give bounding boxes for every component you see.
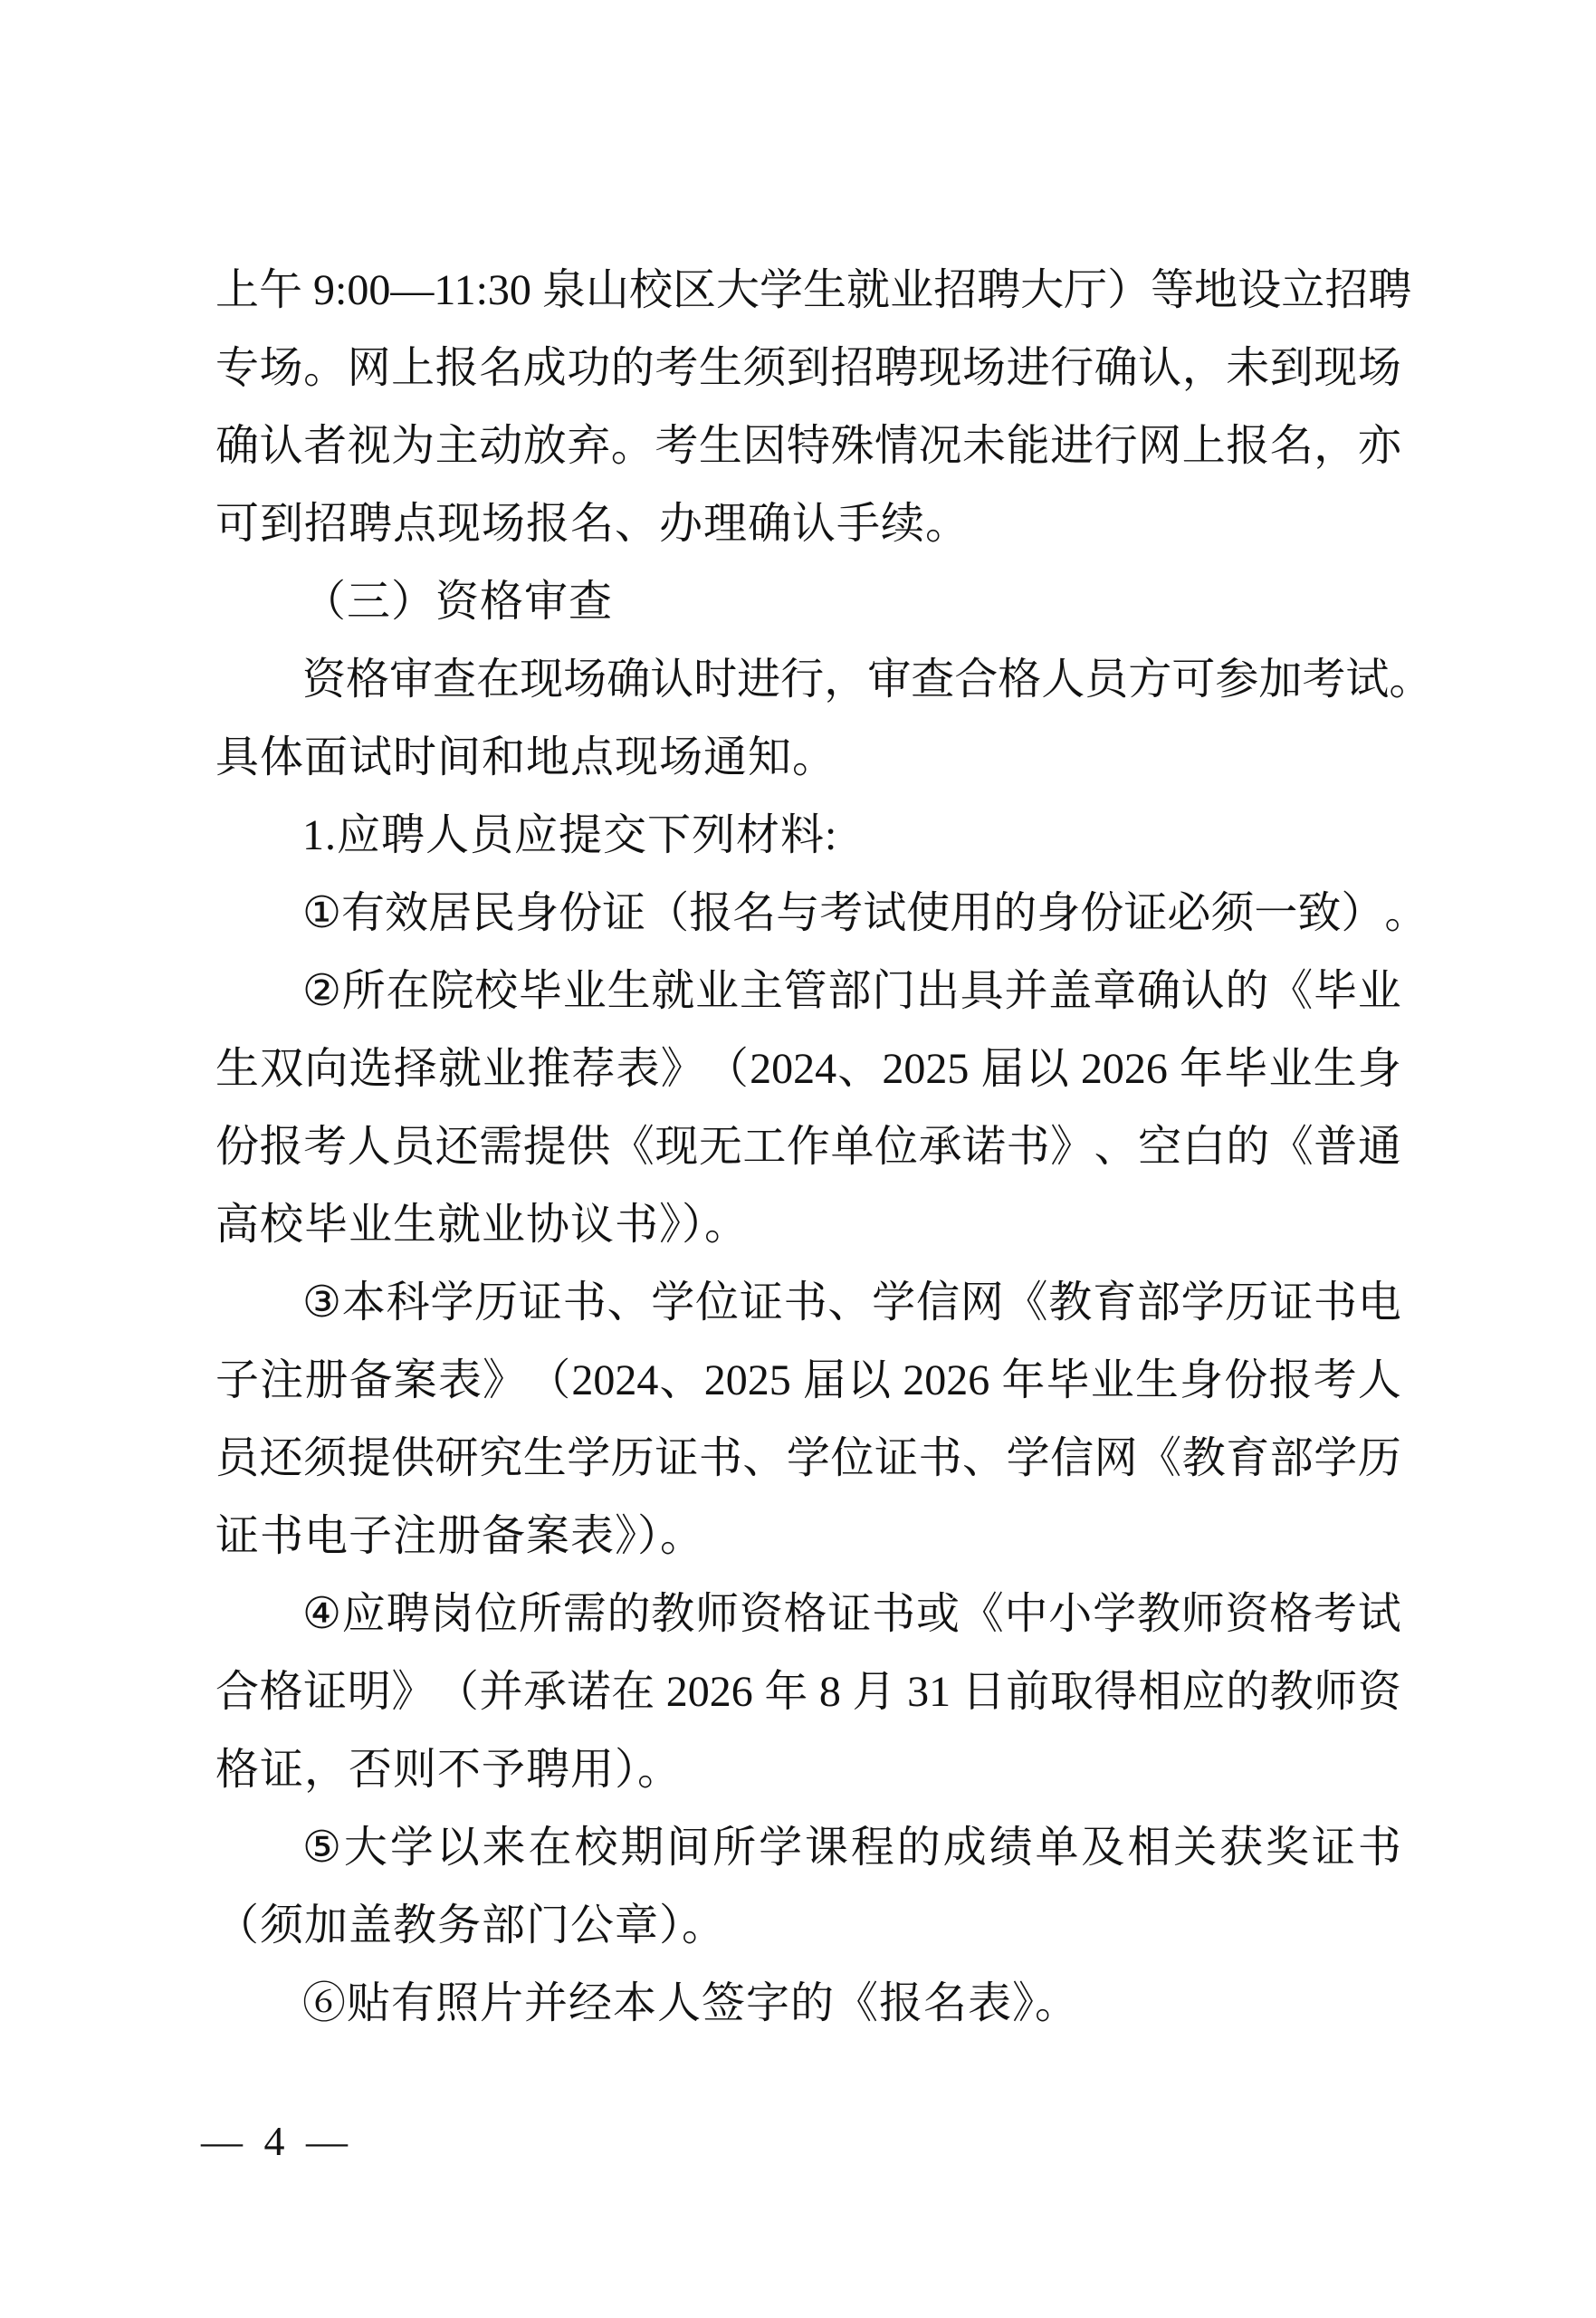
page-number: — 4 — (201, 2102, 353, 2180)
text-line: 证书电子注册备案表》）。 (215, 1498, 1401, 1576)
list-item-4: ④应聘岗位所需的教师资格证书或《中小学教师资格考试 (215, 1576, 1401, 1653)
text-line: 生双向选择就业推荐表》（2024、2025 届以 2026 年毕业生身 (215, 1030, 1401, 1108)
text-line: 份报考人员还需提供《现无工作单位承诺书》、空白的《普通 (215, 1108, 1401, 1186)
document-body-text: 上午 9:00—11:30 泉山校区大学生就业招聘大厅）等地设立招聘 专场。网上… (215, 252, 1401, 2043)
list-intro-line: 1.应聘人员应提交下列材料: (215, 797, 1401, 875)
text-line: 高校毕业生就业协议书》）。 (215, 1186, 1401, 1264)
list-item-2: ②所在院校毕业生就业主管部门出具并盖章确认的《毕业 (215, 953, 1401, 1030)
text-line: 专场。网上报名成功的考生须到招聘现场进行确认，未到现场 (215, 330, 1401, 407)
text-line: 确认者视为主动放弃。考生因特殊情况未能进行网上报名，亦 (215, 407, 1401, 485)
text-line: 格证，否则不予聘用）。 (215, 1731, 1401, 1809)
text-line: （须加盖教务部门公章）。 (215, 1887, 1401, 1965)
text-line: 子注册备案表》（2024、2025 届以 2026 年毕业生身份报考人 (215, 1342, 1401, 1420)
text-line: 具体面试时间和地点现场通知。 (215, 719, 1401, 797)
list-item-3: ③本科学历证书、学位证书、学信网《教育部学历证书电 (215, 1264, 1401, 1342)
section-heading: （三）资格审查 (215, 563, 1401, 641)
text-line: 资格审查在现场确认时进行，审查合格人员方可参加考试。 (215, 641, 1401, 719)
list-item-5: ⑤大学以来在校期间所学课程的成绩单及相关获奖证书 (215, 1809, 1401, 1887)
list-item-6: ⑥贴有照片并经本人签字的《报名表》。 (215, 1965, 1401, 2043)
document-page: 上午 9:00—11:30 泉山校区大学生就业招聘大厅）等地设立招聘 专场。网上… (0, 0, 1596, 2318)
list-item-1: ①有效居民身份证（报名与考试使用的身份证必须一致）。 (215, 875, 1401, 953)
text-line: 上午 9:00—11:30 泉山校区大学生就业招聘大厅）等地设立招聘 (215, 252, 1401, 330)
text-line: 员还须提供研究生学历证书、学位证书、学信网《教育部学历 (215, 1420, 1401, 1498)
text-line: 可到招聘点现场报名、办理确认手续。 (215, 485, 1401, 563)
text-line: 合格证明》（并承诺在 2026 年 8 月 31 日前取得相应的教师资 (215, 1653, 1401, 1731)
